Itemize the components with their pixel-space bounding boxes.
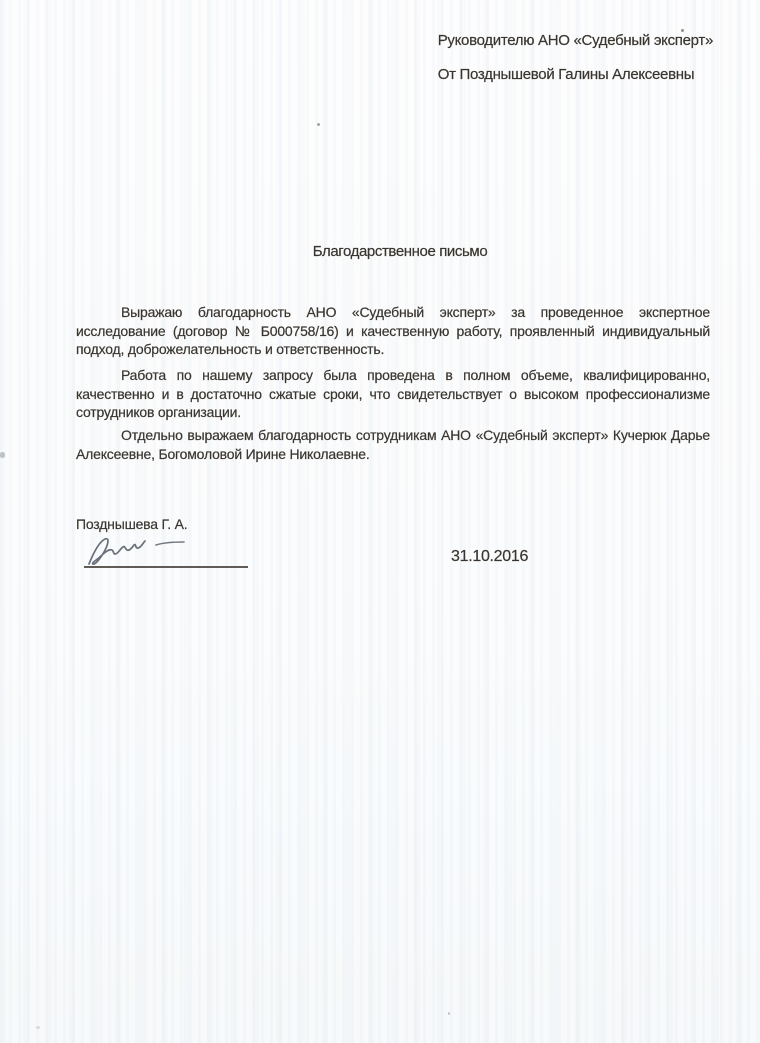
signature-line xyxy=(84,566,248,568)
letter-date: 31.10.2016 xyxy=(451,548,528,566)
paragraph-line: Выражаю благодарность АНО «Судебный эксп… xyxy=(76,303,710,322)
paragraph-line: качественно и в достаточно сжатые сроки,… xyxy=(76,385,710,404)
paragraph-3: Отдельно выражаем благодарность сотрудни… xyxy=(76,426,710,463)
scan-speck xyxy=(0,452,5,458)
scan-speck xyxy=(448,1012,450,1015)
handwritten-signature xyxy=(84,536,196,566)
sender-line: От Позднышевой Галины Алексеевны xyxy=(438,58,713,92)
letter-title: Благодарственное письмо xyxy=(90,242,710,262)
paragraph-line: подход, доброжелательность и ответственн… xyxy=(76,340,710,359)
paragraph-line: Алексеевне, Богомоловой Ирине Николаевне… xyxy=(76,445,710,464)
paragraph-line: Отдельно выражаем благодарность сотрудни… xyxy=(76,426,710,445)
letter-header: Руководителю АНО «Судебный эксперт» От П… xyxy=(438,24,713,92)
paragraph-line: сотрудников организации. xyxy=(76,403,710,422)
letter-page: Руководителю АНО «Судебный эксперт» От П… xyxy=(0,0,760,1043)
paragraph-1: Выражаю благодарность АНО «Судебный эксп… xyxy=(76,303,710,359)
paragraph-line: исследование (договор № Б000758/16) и ка… xyxy=(76,322,710,341)
scan-speck xyxy=(36,1026,40,1029)
scan-speck xyxy=(317,123,320,126)
signatory-name: Позднышева Г. А. xyxy=(76,515,187,534)
recipient-line: Руководителю АНО «Судебный эксперт» xyxy=(438,24,713,58)
paragraph-line: Работа по нашему запросу была проведена … xyxy=(76,366,710,385)
scan-speck xyxy=(681,29,684,32)
paragraph-2: Работа по нашему запросу была проведена … xyxy=(76,366,710,422)
